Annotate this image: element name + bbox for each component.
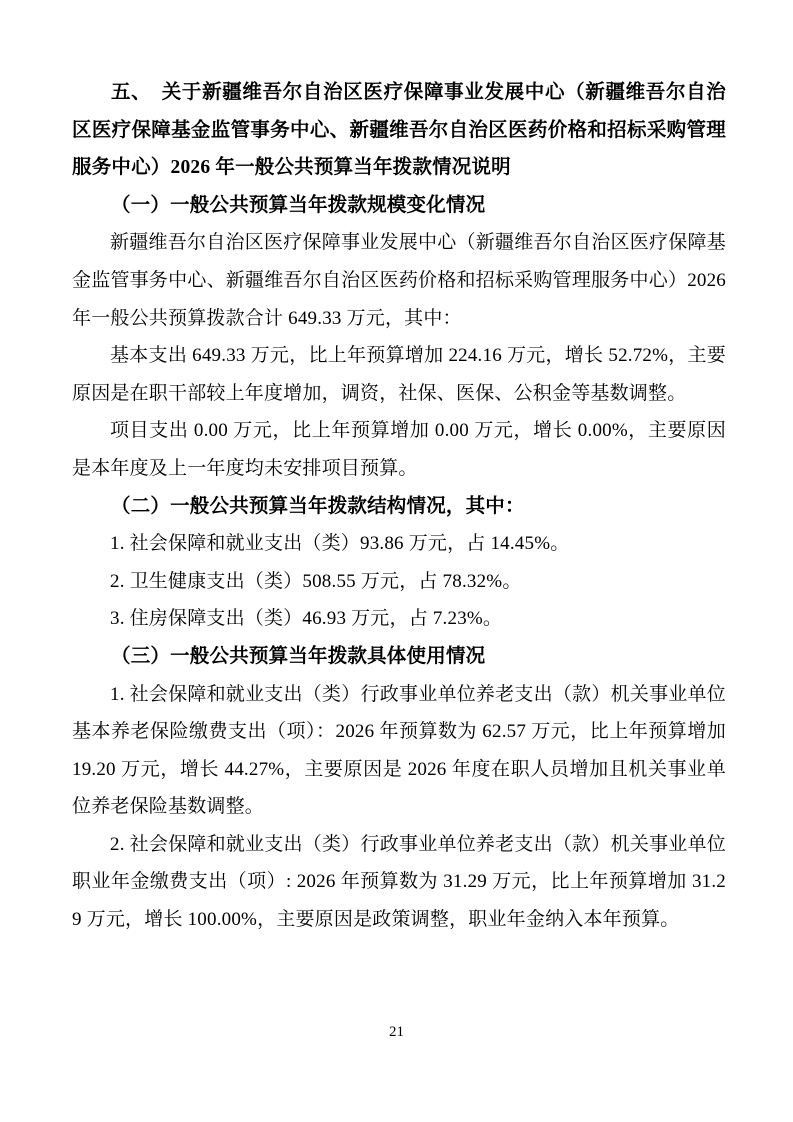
document-page: 五、 关于新疆维吾尔自治区医疗保障事业发展中心（新疆维吾尔自治区医疗保障基金监管… bbox=[0, 0, 793, 1122]
section-heading-1: （一）一般公共预算当年拨款规模变化情况 bbox=[72, 187, 726, 225]
paragraph-project-expenditure: 项目支出 0.00 万元，比上年预算增加 0.00 万元，增长 0.00%，主要… bbox=[72, 412, 726, 487]
doc-title: 五、 关于新疆维吾尔自治区医疗保障事业发展中心（新疆维吾尔自治区医疗保障基金监管… bbox=[72, 74, 726, 187]
section-heading-3: （三）一般公共预算当年拨款具体使用情况 bbox=[72, 638, 726, 676]
paragraph-total: 新疆维吾尔自治区医疗保障事业发展中心（新疆维吾尔自治区医疗保障基金监管事务中心、… bbox=[72, 224, 726, 337]
page-number: 21 bbox=[0, 1022, 793, 1042]
paragraph-pension-insurance: 1. 社会保障和就业支出（类）行政事业单位养老支出（款）机关事业单位基本养老保险… bbox=[72, 676, 726, 826]
paragraph-occupational-annuity: 2. 社会保障和就业支出（类）行政事业单位养老支出（款）机关事业单位职业年金缴费… bbox=[72, 826, 726, 939]
list-item-health: 2. 卫生健康支出（类）508.55 万元，占 78.32%。 bbox=[72, 563, 726, 601]
list-item-social-security: 1. 社会保障和就业支出（类）93.86 万元，占 14.45%。 bbox=[72, 525, 726, 563]
paragraph-basic-expenditure: 基本支出 649.33 万元，比上年预算增加 224.16 万元，增长 52.7… bbox=[72, 337, 726, 412]
list-item-housing: 3. 住房保障支出（类）46.93 万元，占 7.23%。 bbox=[72, 600, 726, 638]
section-heading-2: （二）一般公共预算当年拨款结构情况，其中： bbox=[72, 488, 726, 526]
